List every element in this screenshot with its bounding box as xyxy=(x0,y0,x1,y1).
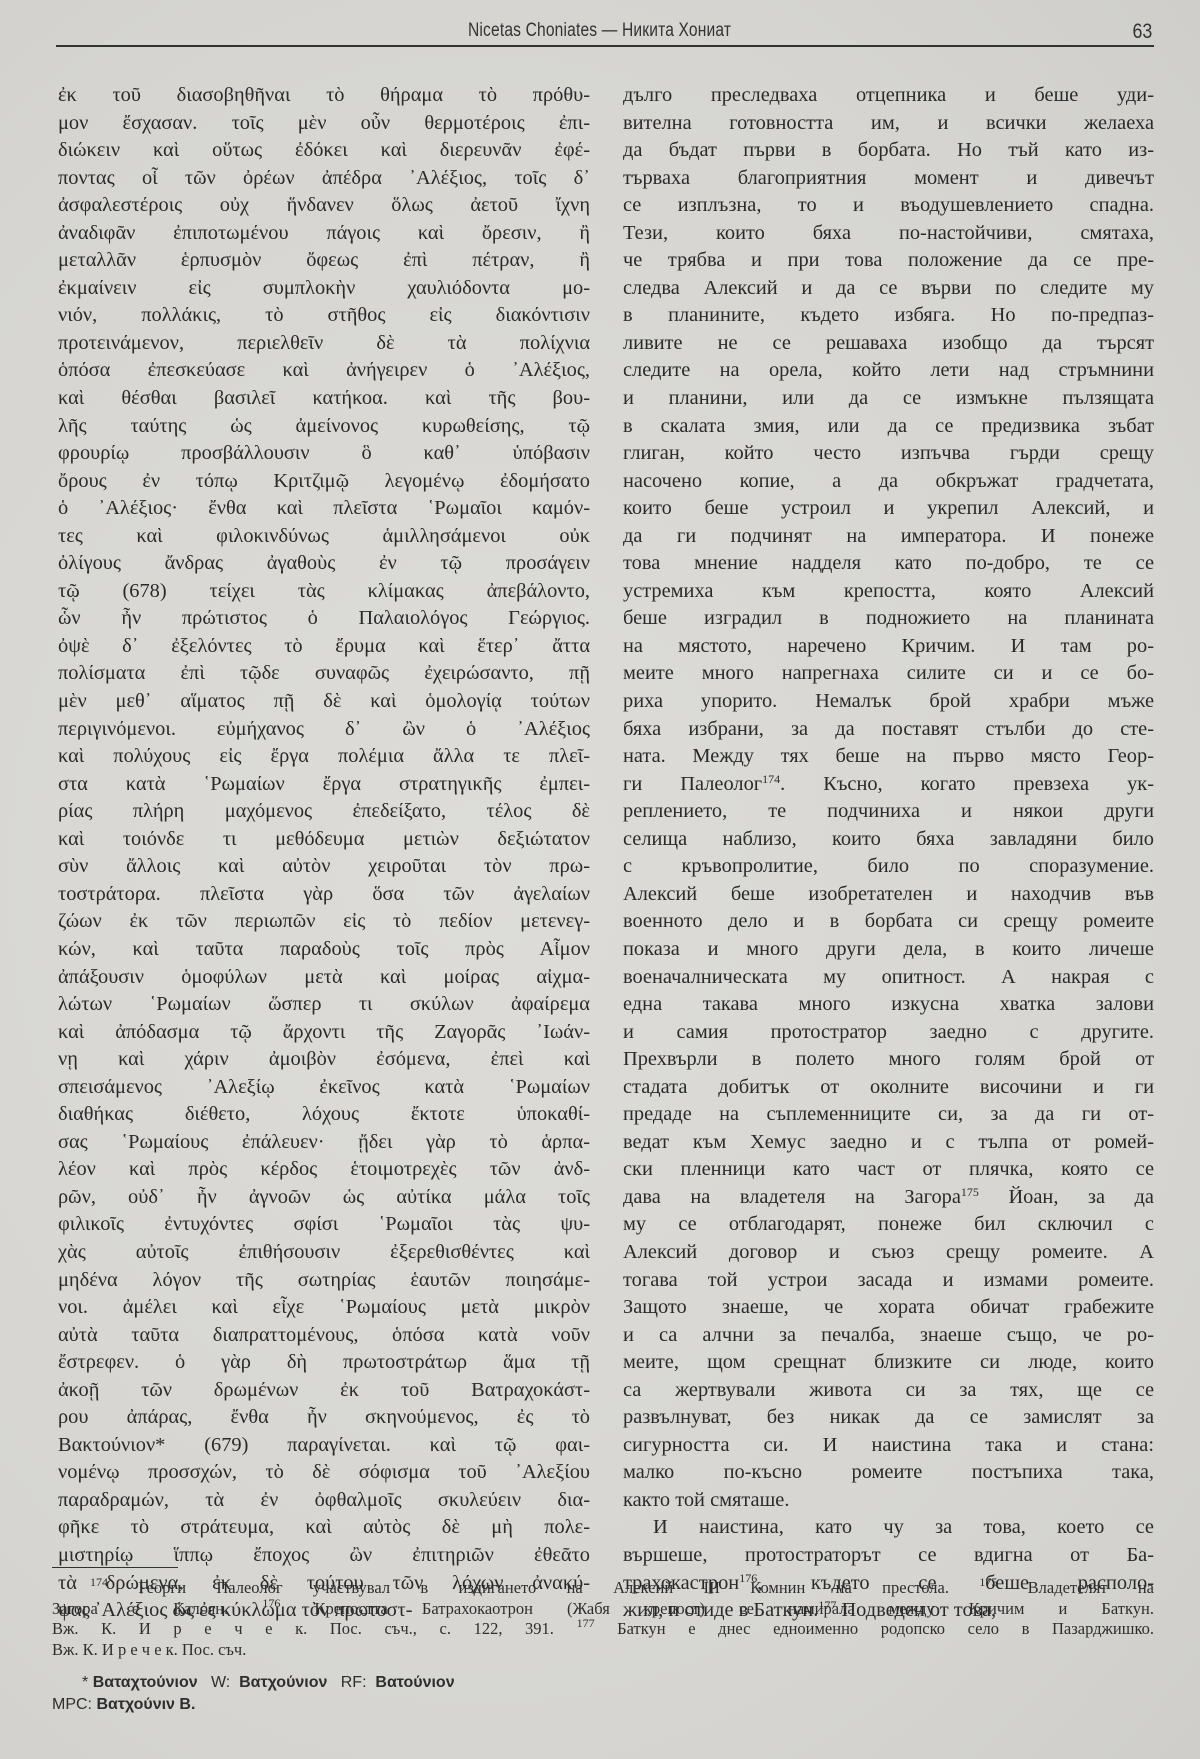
manuscript-siglum: MPC: xyxy=(52,1696,92,1713)
text-line: καὶ θέσθαι βασιλεῖ κατήκοα. καὶ τῆς βου- xyxy=(58,385,590,413)
running-title: Nicetas Choniates — Никита Хониат xyxy=(468,20,731,42)
footnote-number: 174 xyxy=(90,1575,108,1589)
text-line: Защото знаеше, че хората обичат грабежит… xyxy=(623,1294,1154,1322)
text-line: αὐτὰ ταῦτα διαπραττομένους, ὁπόσα κατὰ ν… xyxy=(58,1322,590,1350)
page-number: 63 xyxy=(1132,20,1152,44)
text-line: στα κατὰ ῾Ρωμαίων ἔργα στρατηγικῆς ἐμπει… xyxy=(58,771,590,799)
text-line: παραδραμών, τὰ ἐν ὀφθαλμοῖς σκυλεύειν δι… xyxy=(58,1487,590,1515)
manuscript-siglum: B. xyxy=(179,1696,195,1713)
variant-reading: Βατχούνιν xyxy=(96,1696,175,1713)
text-line: развълнуват, без никак да се замислят за xyxy=(623,1404,1154,1432)
text-line: ποντας οἷ τῶν ὀρέων ἀπέδρα ᾿Αλέξιος, τοῖ… xyxy=(58,165,590,193)
text-line: тогава той устрои засада и измами ромеит… xyxy=(623,1267,1154,1295)
text-line: λῆς ταύτης ὡς ἀμείνονος κυρωθείσης, τῷ xyxy=(58,413,590,441)
text-line: μὲν μεθ᾿ αἵματος πῇ δὲ καὶ ὁμολογίᾳ τούτ… xyxy=(58,688,590,716)
text-line: κών, καὶ ταῦτα παραδοὺς τοῖς πρὸς Αἷμον xyxy=(58,936,590,964)
text-line: ἐκμαίνειν εἰς συμπλοκὴν χαυλιόδοντα μο- xyxy=(58,275,590,303)
text-line: ρου ἀπάρας, ἔνθα ἦν σκηνούμενος, ἐς τὸ xyxy=(58,1404,590,1432)
text-line: ведат към Хемус заедно и с тълпа от роме… xyxy=(623,1129,1154,1157)
text-line: λέον καὶ πρὸς κέρδος ἑτοιμοτρεχὲς τῶν ἀν… xyxy=(58,1156,590,1184)
text-line: търваха благоприятния момент и дивечът xyxy=(623,165,1154,193)
text-line: предаде на съплеменниците си, за да ги о… xyxy=(623,1101,1154,1129)
variant-reading: Βατχούνιον xyxy=(239,1674,327,1691)
text-line: вителна готовността им, и всички желаеха xyxy=(623,110,1154,138)
variant-reading: Βαταχτούνιον xyxy=(93,1674,198,1691)
text-line: с кръвопролитие, било по споразумение. xyxy=(623,853,1154,881)
text-line: ὀλίγους ἄνδρας ἀγαθοὺς ἐν τῷ προσάγειν xyxy=(58,550,590,578)
text-line: сигурността си. И наистина така и стана: xyxy=(623,1432,1154,1460)
text-line: на мястото, наречено Кричим. И там ро- xyxy=(623,633,1154,661)
text-line: следва Алексий и да се върви по следите … xyxy=(623,275,1154,303)
text-line: νομένῳ προσσχών, τὸ δὲ σόφισμα τοῦ ᾿Αλεξ… xyxy=(58,1459,590,1487)
text-line: τῷ (678) τείχει τὰς κλίμακας ἀπεβάλοντο, xyxy=(58,578,590,606)
text-line: πολίσματα ἐπὶ τῷδε συναφῶς ἐχειρώσαντο, … xyxy=(58,660,590,688)
text-line: ἀσφαλεστέροις οὐχ ἥνδανεν ὅλως ἀετοῦ ἴχν… xyxy=(58,192,590,220)
text-line: и са алчни за печалба, знаеше също, че р… xyxy=(623,1322,1154,1350)
text-line: дава на владетеля на Загора175 Йоан, за … xyxy=(623,1184,1154,1212)
text-line: меите много напрегнаха силите си и се бо… xyxy=(623,660,1154,688)
text-line: насочено копие, а да обкръжат градчетата… xyxy=(623,468,1154,496)
footnote-number: 176 xyxy=(262,1596,280,1610)
text-line: са жертвували живота си за тях, ще се xyxy=(623,1377,1154,1405)
text-line: реплението, те подчиниха и някои други xyxy=(623,798,1154,826)
text-line: се изплъзна, то и въодушевлението спадна… xyxy=(623,192,1154,220)
text-line: да бъдат първи в борбата. Но тъй като из… xyxy=(623,137,1154,165)
text-line: това мнение надделя като по-добро, те се xyxy=(623,550,1154,578)
text-line: τες καὶ φιλοκινδύνως ἁμιλλησάμενοι οὐκ xyxy=(58,523,590,551)
text-line: селища наблизо, които бяха завладяни бил… xyxy=(623,826,1154,854)
text-line: вършеше, протостраторът се вдигна от Ба- xyxy=(623,1542,1154,1570)
text-line: показа и много други дела, в които личеш… xyxy=(623,936,1154,964)
text-line: ἐκ τοῦ διασοβηθῆναι τὸ θήραμα τὸ πρόθυ- xyxy=(58,82,590,110)
text-line: καὶ τοιόνδε τι μεθόδευμα μετιὼν δεξιώτατ… xyxy=(58,826,590,854)
manuscript-siglum: W: xyxy=(211,1674,230,1691)
text-line: μον ἔσχασαν. τοῖς μὲν οὖν θερμοτέροις ἐπ… xyxy=(58,110,590,138)
text-line: σπεισάμενος ᾿Αλεξίῳ ἐκεῖνος κατὰ ῾Ρωμαίω… xyxy=(58,1074,590,1102)
text-line: Βακτούνιον* (679) παραγίνεται. καὶ τῷ φα… xyxy=(58,1432,590,1460)
text-line: σὺν ἄλλοις καὶ αὐτὸν χειροῦται τὸν πρω- xyxy=(58,853,590,881)
text-line: μεταλλᾶν ἑρπυσμὸν ὄφεως ἐπὶ πέτραν, ἢ xyxy=(58,247,590,275)
footnotes: 174 Георги Палеолог участвувал в издиган… xyxy=(52,1578,1154,1660)
text-line: дълго преследваха отцепника и беше уди- xyxy=(623,82,1154,110)
text-line: Алексий беше изобретателен и находчив въ… xyxy=(623,881,1154,909)
text-line: προτεινάμενον, περιελθεῖν δὲ τὰ πολίχνια xyxy=(58,330,590,358)
text-line: ὁπόσα ἐπεσκεύασε καὶ ἀνήγειρεν ὁ ᾿Αλέξιο… xyxy=(58,357,590,385)
bulgarian-translation-column: дълго преследваха отцепника и беше уди-в… xyxy=(623,82,1154,1625)
footnote-reference: 175 xyxy=(961,1185,979,1199)
text-line: φιλικοῖς ἐντυχόντες σφίσι ῾Ρωμαῖοι τὰς ψ… xyxy=(58,1211,590,1239)
text-line: в скалата змия, или да се предизвика зъб… xyxy=(623,413,1154,441)
apparatus-line-1: * Βαταχτούνιον W: Βατχούνιον RF: Βατούνι… xyxy=(52,1672,612,1694)
text-line: да ги подчинят на императора. И понеже xyxy=(623,523,1154,551)
text-line: τοστράτορα. πλεῖστα γὰρ ὅσα τῶν ἀγελαίων xyxy=(58,881,590,909)
text-line: както той смяташе. xyxy=(623,1487,1154,1515)
header-rule xyxy=(56,45,1154,47)
text-line: ἀναδιφᾶν ἐπιποτωμένου πάγοις καὶ ὄρεσιν,… xyxy=(58,220,590,248)
text-line: Прехвърли в полето много голям брой от xyxy=(623,1046,1154,1074)
text-line: καὶ ἀπόδασμα τῷ ἄρχοντι τῆς Ζαγορᾶς ᾿Ιωά… xyxy=(58,1019,590,1047)
text-line: περιγινόμενοι. εὐμήχανος δ᾿ ὢν ὁ ᾿Αλέξιο… xyxy=(58,716,590,744)
apparatus-line-2: MPC: Βατχούνιν B. xyxy=(52,1694,612,1716)
text-line: една такава много изкусна хватка залови xyxy=(623,991,1154,1019)
text-line: λώτων ῾Ρωμαίων ὥσπερ τι σκύλων ἀφαίρεμα xyxy=(58,991,590,1019)
text-line: че трябва и при това положение да се пре… xyxy=(623,247,1154,275)
footnote-line: Загора е Калоян. 176 Крепостта Батрахока… xyxy=(52,1599,1154,1620)
text-line: които беше устроил и укрепил Алексий, и xyxy=(623,495,1154,523)
text-line: ἔστρεφεν. ὁ γὰρ δὴ πρωτοστράτωρ ἅμα τῇ xyxy=(58,1349,590,1377)
text-line: малко по-късно ромеите постъпиха така, xyxy=(623,1459,1154,1487)
text-line: бяха избрани, за да поставят стълби до с… xyxy=(623,716,1154,744)
text-line: νοι. ἀμέλει καὶ εἶχε ῾Ρωμαίους μετὰ μικρ… xyxy=(58,1294,590,1322)
text-line: риха упорито. Немалък брой храбри мъже xyxy=(623,688,1154,716)
footnote-line: Вж. К. И р е ч е к. Пос. съч., с. 122, 3… xyxy=(52,1619,1154,1640)
footnote-reference: 174 xyxy=(762,772,780,786)
text-line: И наистина, като чу за това, което се xyxy=(623,1514,1154,1542)
text-line: σας ῾Ρωμαίους ἐπάλευεν· ᾔδει γὰρ τὸ ἁρπα… xyxy=(58,1129,590,1157)
text-line: μιστηρίῳ ἵππῳ ἔποχος ὢν ἐπιτηριῶν ἐθεᾶτο xyxy=(58,1542,590,1570)
text-line: ὁ ᾿Αλέξιος· ἔνθα καὶ πλεῖστα ῾Ρωμαῖοι κα… xyxy=(58,495,590,523)
text-line: φρουρίῳ προσβάλλουσιν ὃ καθ᾿ ὑπόβασιν xyxy=(58,440,590,468)
text-line: χὰς αὐτοῖς ἐπιθήσουσιν ἐξερεθισθέντες κα… xyxy=(58,1239,590,1267)
text-line: ζώων ἐκ τῶν περιωπῶν εἰς τὸ πεδίον μετεν… xyxy=(58,908,590,936)
text-line: в планините, където избяга. Но по-предпа… xyxy=(623,302,1154,330)
text-line: ὀψὲ δ᾿ ἐξελόντες τὸ ἔρυμα καὶ ἕτερ᾿ ἄττα xyxy=(58,633,590,661)
text-line: ἀκοῇ τῶν δρωμένων ἐκ τοῦ Βατραχοκάστ- xyxy=(58,1377,590,1405)
footnote-line: Вж. К. И р е ч е к. Пос. съч. xyxy=(52,1640,1154,1661)
text-line: καὶ πολύχους εἰς ἔργα πολέμια ἄλλα τε πλ… xyxy=(58,743,590,771)
page-header: Nicetas Choniates — Никита Хониат 63 xyxy=(56,18,1154,48)
text-line: διώκειν καὶ οὕτως ἐδόκει καὶ διερευνᾶν ἐ… xyxy=(58,137,590,165)
text-line: ὧν ἦν πρώτιστος ὁ Παλαιολόγος Γεώργιος. xyxy=(58,605,590,633)
text-line: беше изградил в подножието на планината xyxy=(623,605,1154,633)
text-line: ρῶν, οὐδ᾿ ἦν ἀγνοῶν ὡς αὐτίκα μάλα τοῖς xyxy=(58,1184,590,1212)
manuscript-siglum: RF: xyxy=(341,1674,367,1691)
text-line: διαθήκας διέθετο, λόχους ἔκτοτε ὑποκαθί- xyxy=(58,1101,590,1129)
text-line: φῆκε τὸ στράτευμα, καὶ αὐτὸς δὲ μὴ πολε- xyxy=(58,1514,590,1542)
text-line: ната. Между тях беше на първо място Геор… xyxy=(623,743,1154,771)
text-line: стадата добитък от околните височини и г… xyxy=(623,1074,1154,1102)
text-line: меите, щом срещнат близките си люде, кои… xyxy=(623,1349,1154,1377)
footnote-number: 175 xyxy=(979,1575,997,1589)
text-line: устремиха към крепостта, която Алексий xyxy=(623,578,1154,606)
text-line: и планини, или да се измъкне пълзящата xyxy=(623,385,1154,413)
text-line: му се отблагодарят, понеже бил сключил с xyxy=(623,1211,1154,1239)
book-page: Nicetas Choniates — Никита Хониат 63 ἐκ … xyxy=(0,0,1200,1759)
text-line: военното дело и в борбата си срещу ромеи… xyxy=(623,908,1154,936)
text-line: μηδένα λόγον τῆς σωτηρίας ἑαυτῶν ποιησάμ… xyxy=(58,1267,590,1295)
text-line: и самия протостратор заедно с другите. xyxy=(623,1019,1154,1047)
footnote-separator xyxy=(52,1567,178,1568)
text-line: ρίας πλήρη μαχόμενος ἐπεδείξατο, τέλος δ… xyxy=(58,798,590,826)
text-line: ги Палеолог174. Късно, когато превзеха у… xyxy=(623,771,1154,799)
text-line: следите на орела, който лети над стръмни… xyxy=(623,357,1154,385)
critical-apparatus: * Βαταχτούνιον W: Βατχούνιον RF: Βατούνι… xyxy=(52,1672,612,1716)
greek-text-column: ἐκ τοῦ διασοβηθῆναι τὸ θήραμα τὸ πρόθυ-μ… xyxy=(58,82,590,1625)
text-line: ὄρους ἐν τόπῳ Κριτζιμῷ λεγομένῳ ἐδομήσατ… xyxy=(58,468,590,496)
text-line: ливите не се решаваха изобщо да търсят xyxy=(623,330,1154,358)
text-line: глиган, който често изпъчва гърди срещу xyxy=(623,440,1154,468)
footnote-number: 177 xyxy=(577,1616,595,1630)
text-line: Алексий договор и съюз срещу ромеите. А xyxy=(623,1239,1154,1267)
text-line: νῃ καὶ χάριν ἀμοιβὸν ἐσόμενα, ἐπεὶ καὶ xyxy=(58,1046,590,1074)
text-line: ски пленници като част от плячка, която … xyxy=(623,1156,1154,1184)
text-line: военачалническата му опитност. А накрая … xyxy=(623,964,1154,992)
variant-reading: Βατούνιον xyxy=(375,1674,454,1691)
footnote-line: 174 Георги Палеолог участвувал в издиган… xyxy=(52,1578,1154,1599)
text-line: νιόν, πολλάκις, τὸ στῆθος εἰς διακόντισι… xyxy=(58,302,590,330)
apparatus-marker: * xyxy=(82,1674,88,1691)
text-line: Тези, които бяха по-настойчиви, смятаха, xyxy=(623,220,1154,248)
text-line: ἀπάξουσιν ὁμοφύλων μετὰ καὶ μοίρας αἰχμα… xyxy=(58,964,590,992)
